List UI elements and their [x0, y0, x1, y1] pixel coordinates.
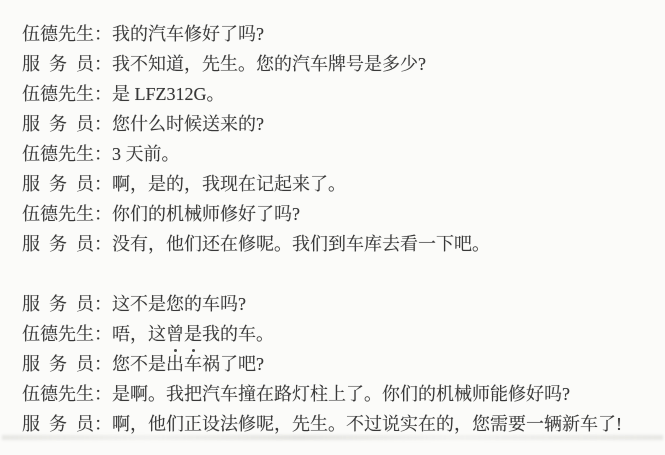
dialogue-line: 服 务 员：您什么时候送来的?	[22, 109, 647, 139]
speaker-name: 服 务 员	[22, 229, 94, 259]
speaker-name: 伍德先生	[22, 139, 94, 169]
dialogue-line: 服 务 员：您不是出车祸了吧?	[22, 349, 647, 379]
speaker-colon: ：	[94, 229, 112, 259]
speaker-name: 服 务 员	[22, 109, 94, 139]
line-text-pre: 唔，这	[112, 324, 166, 344]
dialogue-line: 伍德先生：是 LFZ312G。	[22, 79, 647, 109]
speaker-name: 伍德先生	[22, 19, 94, 49]
speaker-colon: ：	[94, 109, 112, 139]
dialogue-line-emphasized: 伍德先生：唔，这曾是我的车。	[22, 319, 647, 349]
speaker-name: 伍德先生	[22, 379, 94, 409]
scan-smudge-artifact	[2, 435, 663, 440]
speaker-colon: ：	[94, 19, 112, 49]
speaker-name: 服 务 员	[22, 349, 94, 379]
line-text: 您不是出车祸了吧?	[112, 354, 264, 374]
line-text: 我的汽车修好了吗?	[112, 24, 264, 44]
dialogue-line: 服 务 员：没有，他们还在修呢。我们到车库去看一下吧。	[22, 229, 647, 259]
dialogue-line: 服 务 员：我不知道，先生。您的汽车牌号是多少?	[22, 49, 647, 79]
speaker-colon: ：	[94, 199, 112, 229]
speaker-colon: ：	[94, 289, 112, 319]
speaker-name: 服 务 员	[22, 169, 94, 199]
speaker-colon: ：	[94, 379, 112, 409]
speaker-colon: ：	[94, 169, 112, 199]
line-text: 啊，是的，我现在记起来了。	[112, 174, 346, 194]
line-text: 您什么时候送来的?	[112, 114, 264, 134]
paragraph-gap	[22, 259, 647, 289]
line-text: 是 LFZ312G。	[112, 84, 225, 104]
dialogue-line: 伍德先生：我的汽车修好了吗?	[22, 19, 647, 49]
line-text: 这不是您的车吗?	[112, 294, 246, 314]
emphasized-char: 是	[184, 319, 202, 349]
speaker-colon: ：	[94, 349, 112, 379]
speaker-name: 伍德先生	[22, 319, 94, 349]
line-text: 3 天前。	[112, 144, 180, 164]
line-text-post: 我的车。	[202, 324, 274, 344]
line-text: 你们的机械师修好了吗?	[112, 204, 300, 224]
dialogue-line: 伍德先生：你们的机械师修好了吗?	[22, 199, 647, 229]
speaker-name: 伍德先生	[22, 199, 94, 229]
emphasized-char: 曾	[166, 319, 184, 349]
speaker-name: 服 务 员	[22, 49, 94, 79]
line-text: 我不知道，先生。您的汽车牌号是多少?	[112, 54, 426, 74]
document-page: 伍德先生：我的汽车修好了吗? 服 务 员：我不知道，先生。您的汽车牌号是多少? …	[0, 0, 665, 455]
dialogue-line: 服 务 员：啊，是的，我现在记起来了。	[22, 169, 647, 199]
line-text: 没有，他们还在修呢。我们到车库去看一下吧。	[112, 234, 490, 254]
line-text: 是啊。我把汽车撞在路灯柱上了。你们的机械师能修好吗?	[112, 384, 570, 404]
line-text: 啊，他们正设法修呢，先生。不过说实在的，您需要一辆新车了!	[112, 414, 622, 434]
dialogue-line: 服 务 员：这不是您的车吗?	[22, 289, 647, 319]
dialogue-line: 伍德先生：是啊。我把汽车撞在路灯柱上了。你们的机械师能修好吗?	[22, 379, 647, 409]
speaker-colon: ：	[94, 79, 112, 109]
speaker-colon: ：	[94, 319, 112, 349]
speaker-colon: ：	[94, 49, 112, 79]
speaker-colon: ：	[94, 139, 112, 169]
speaker-name: 伍德先生	[22, 79, 94, 109]
dialogue-line: 伍德先生：3 天前。	[22, 139, 647, 169]
speaker-name: 服 务 员	[22, 289, 94, 319]
line-text: 唔，这曾是我的车。	[112, 324, 274, 344]
